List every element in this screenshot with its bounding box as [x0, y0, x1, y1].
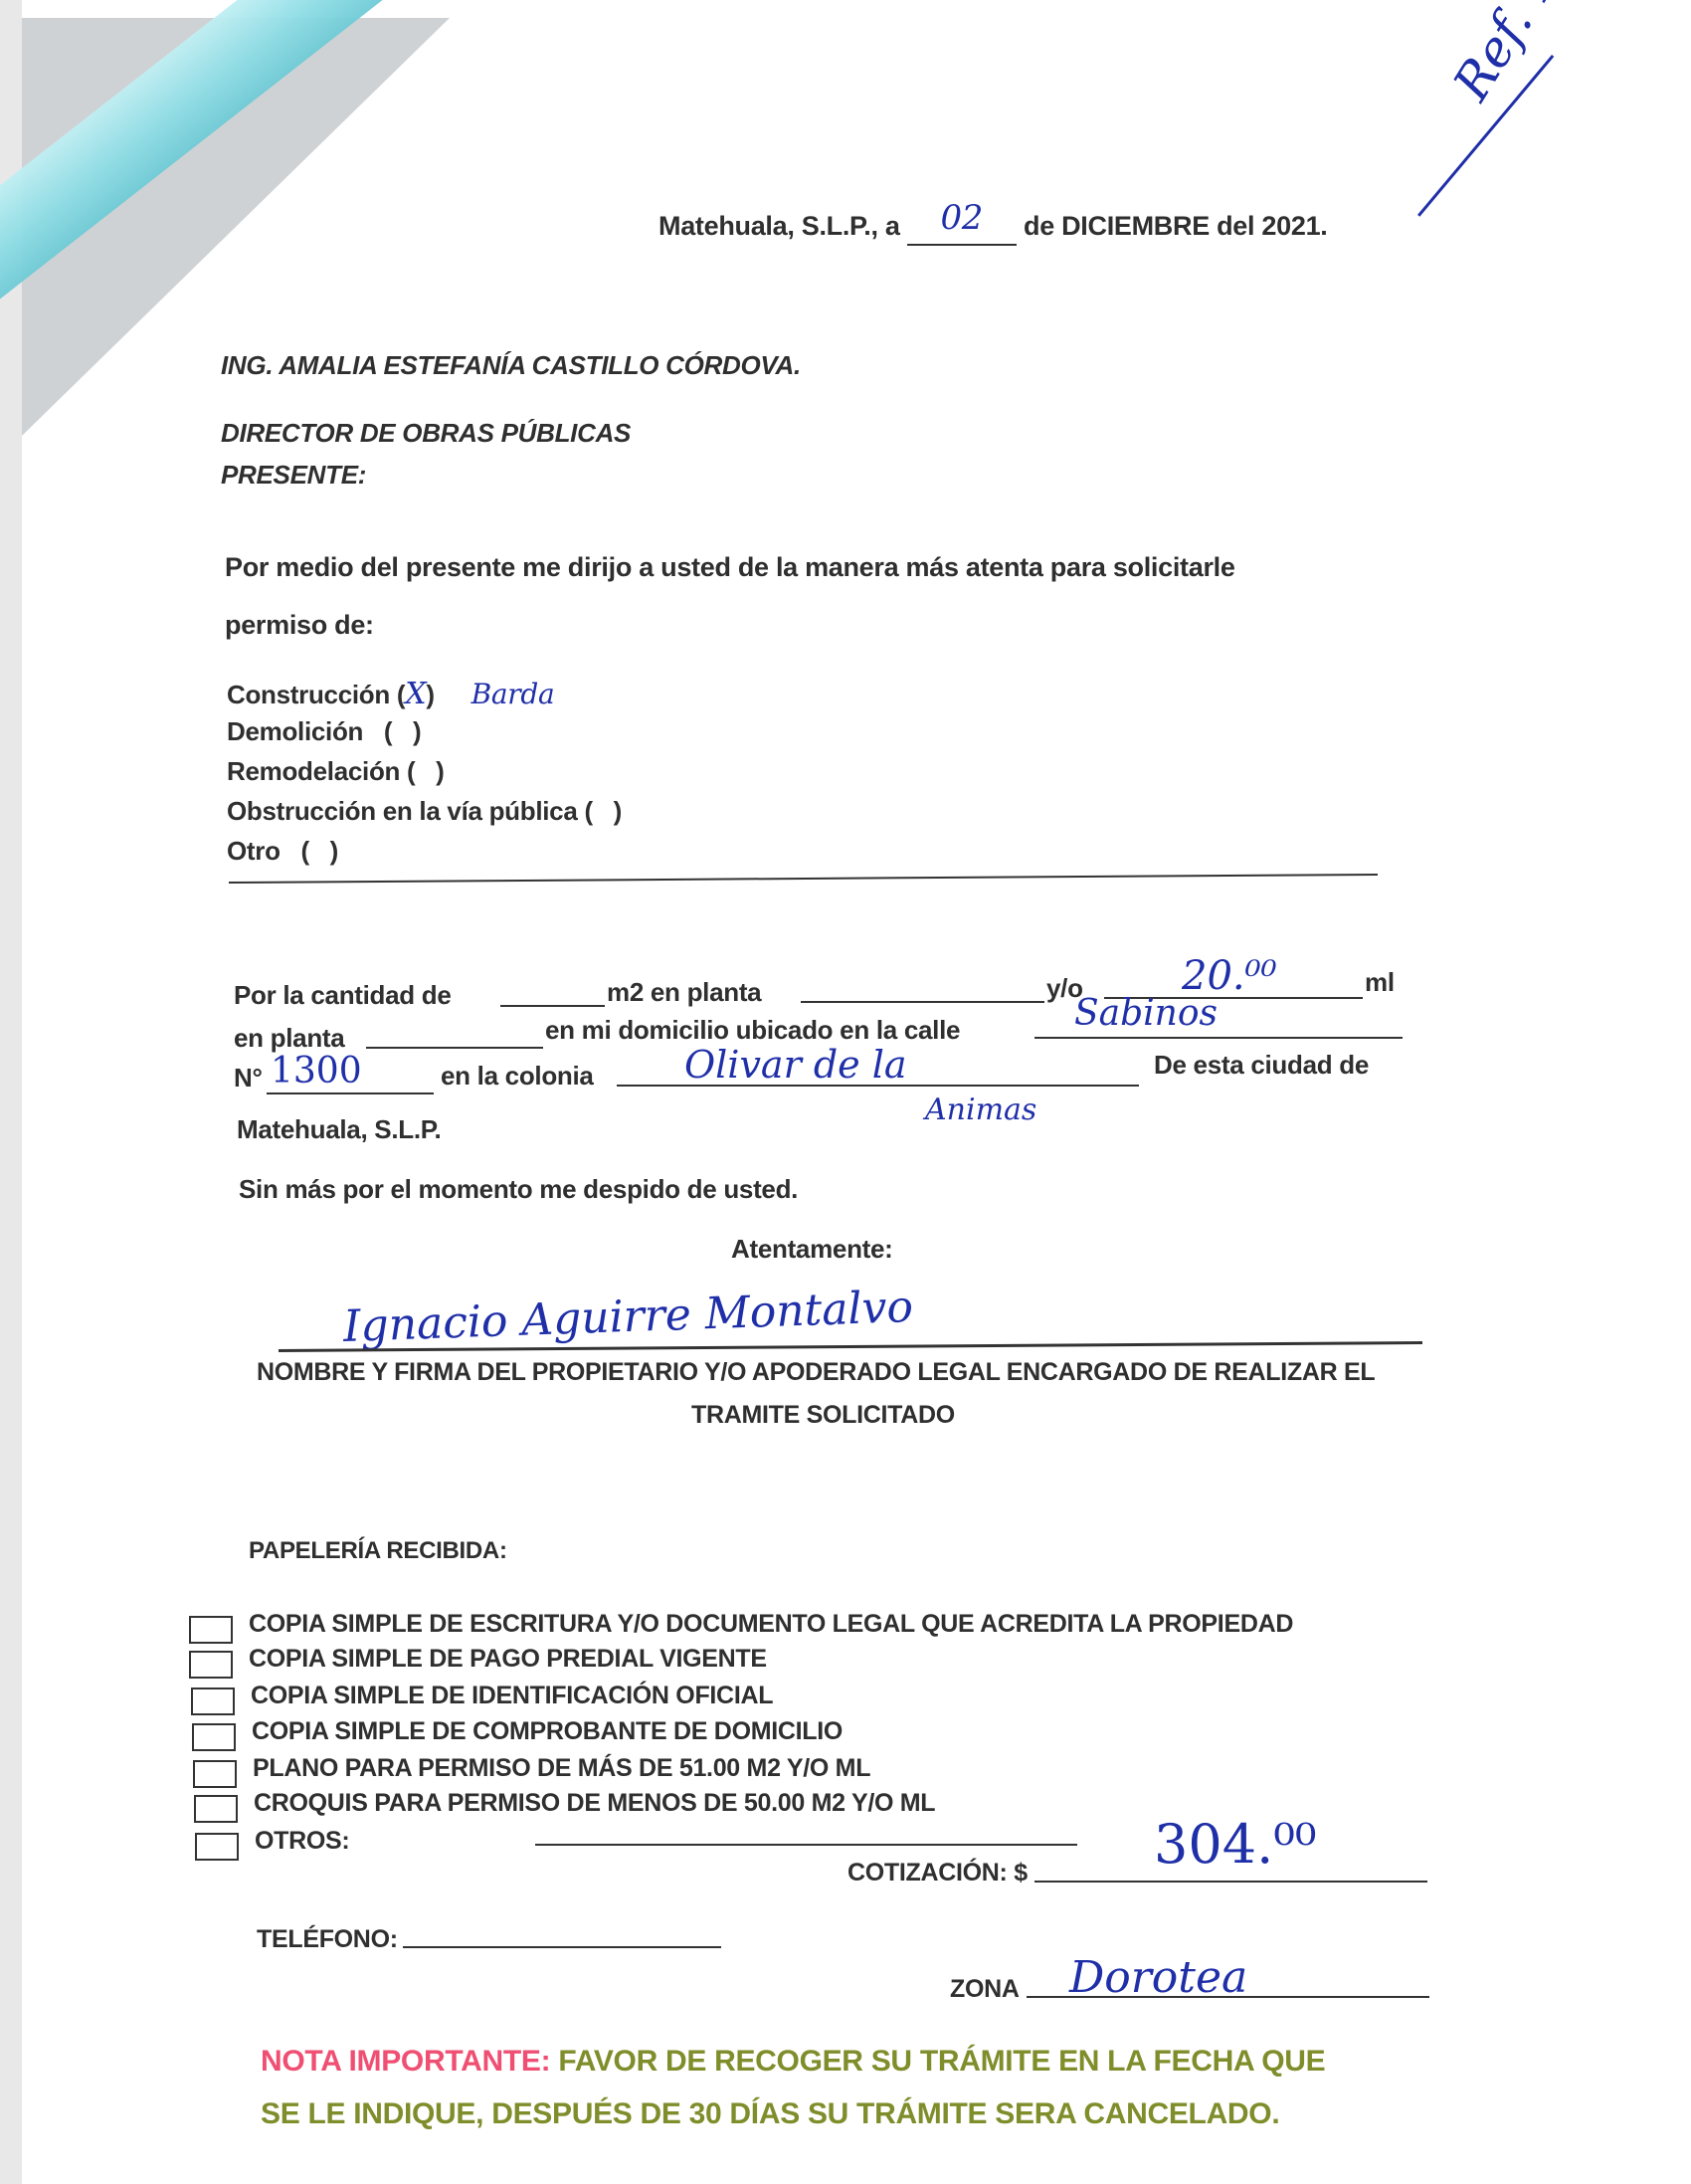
addressee-name: ING. AMALIA ESTEFANÍA CASTILLO CÓRDOVA.	[221, 350, 801, 381]
nota-label: NOTA IMPORTANTE:	[261, 2045, 550, 2078]
papeleria-checkbox[interactable]	[193, 1760, 237, 1788]
numero-label: N°	[234, 1063, 263, 1093]
papeleria-checkbox[interactable]	[189, 1616, 233, 1644]
papeleria-item-label: COPIA SIMPLE DE COMPROBANTE DE DOMICILIO	[252, 1717, 843, 1746]
zona-value: Dorotea	[1069, 1952, 1247, 2003]
colonia-value-2: Animas	[925, 1092, 1036, 1127]
scan-edge	[0, 0, 22, 2184]
construccion-note: Barda	[471, 678, 555, 710]
numero-value: 1300	[271, 1051, 362, 1092]
papeleria-checkbox[interactable]	[192, 1723, 236, 1751]
construccion-mark: X	[405, 677, 426, 711]
ciudad-value: Matehuala, S.L.P.	[237, 1114, 441, 1145]
cotizacion-field[interactable]	[1034, 1881, 1427, 1883]
otro-line[interactable]	[229, 874, 1378, 884]
nota-line-1: NOTA IMPORTANTE: FAVOR DE RECOGER SU TRÁ…	[261, 2045, 1325, 2079]
domicilio-label: en mi domicilio ubicado en la calle	[545, 1015, 960, 1046]
telefono-field[interactable]	[403, 1946, 721, 1948]
date-line: Matehuala, S.L.P., a 02 de DICIEMBRE del…	[658, 204, 1328, 246]
addressee-title: DIRECTOR DE OBRAS PÚBLICAS	[221, 418, 631, 449]
salutation: Atentamente:	[731, 1234, 893, 1265]
papeleria-item-label: CROQUIS PARA PERMISO DE MENOS DE 50.00 M…	[254, 1789, 935, 1818]
planta-field[interactable]	[801, 1001, 1044, 1003]
papeleria-item-label: COPIA SIMPLE DE IDENTIFICACIÓN OFICIAL	[251, 1682, 773, 1710]
ciudad-label: De esta ciudad de	[1154, 1050, 1369, 1081]
cotizacion-label: COTIZACIÓN: $	[847, 1859, 1028, 1887]
papeleria-heading: PAPELERÍA RECIBIDA:	[249, 1537, 507, 1565]
signature-caption-1: NOMBRE Y FIRMA DEL PROPIETARIO Y/O APODE…	[257, 1358, 1375, 1387]
m2-field[interactable]	[500, 1005, 605, 1007]
papeleria-checkbox[interactable]	[195, 1833, 239, 1861]
telefono-label: TELÉFONO:	[257, 1925, 398, 1954]
cotizacion-value: 304.⁰⁰	[1154, 1813, 1317, 1876]
papeleria-item-label: COPIA SIMPLE DE ESCRITURA Y/O DOCUMENTO …	[249, 1610, 1293, 1639]
signature: Ignacio Aguirre Montalvo	[342, 1282, 913, 1352]
otros-field[interactable]	[535, 1844, 1077, 1846]
date-suffix: de DICIEMBRE del 2021.	[1024, 211, 1328, 241]
permit-obstruccion[interactable]: Obstrucción en la vía pública ( )	[227, 796, 622, 827]
papeleria-item-label: COPIA SIMPLE DE PAGO PREDIAL VIGENTE	[249, 1645, 767, 1674]
date-day-field[interactable]: 02	[907, 204, 1017, 246]
zona-label: ZONA	[950, 1975, 1020, 2004]
en-planta-label: en planta	[234, 1023, 344, 1054]
papeleria-checkbox[interactable]	[191, 1688, 235, 1715]
m2-label: m2 en planta	[607, 977, 761, 1008]
intro-line-2: permiso de:	[225, 610, 374, 641]
closing-line: Sin más por el momento me despido de ust…	[239, 1174, 798, 1205]
papeleria-checkbox[interactable]	[194, 1795, 238, 1823]
ml-label: ml	[1365, 967, 1395, 998]
en-planta-field[interactable]	[366, 1047, 543, 1049]
colonia-value-1: Olivar de la	[684, 1043, 907, 1087]
permit-demolicion[interactable]: Demolición ( )	[227, 716, 421, 747]
calle-field[interactable]	[1034, 1037, 1403, 1039]
permit-remodelacion[interactable]: Remodelación ( )	[227, 756, 445, 787]
nota-text-2: SE LE INDIQUE, DESPUÉS DE 30 DÍAS SU TRÁ…	[261, 2097, 1279, 2131]
intro-line-1: Por medio del presente me dirijo a usted…	[225, 552, 1235, 583]
date-prefix: Matehuala, S.L.P., a	[658, 211, 900, 241]
nota-text-1: FAVOR DE RECOGER SU TRÁMITE EN LA FECHA …	[558, 2045, 1325, 2078]
colonia-label: en la colonia	[441, 1061, 594, 1092]
signature-caption-2: TRAMITE SOLICITADO	[691, 1401, 955, 1430]
papeleria-item-label: OTROS:	[255, 1827, 349, 1856]
addressee-greeting: PRESENTE:	[221, 460, 366, 491]
papeleria-checkbox[interactable]	[189, 1651, 233, 1679]
numero-field[interactable]	[267, 1092, 434, 1094]
calle-value: Sabinos	[1074, 993, 1218, 1034]
permit-otro[interactable]: Otro ( )	[227, 836, 338, 867]
papeleria-item-label: PLANO PARA PERMISO DE MÁS DE 51.00 M2 Y/…	[253, 1754, 870, 1783]
cantidad-label: Por la cantidad de	[234, 980, 452, 1011]
permit-construccion[interactable]: Construcción (X) Barda	[227, 677, 554, 711]
